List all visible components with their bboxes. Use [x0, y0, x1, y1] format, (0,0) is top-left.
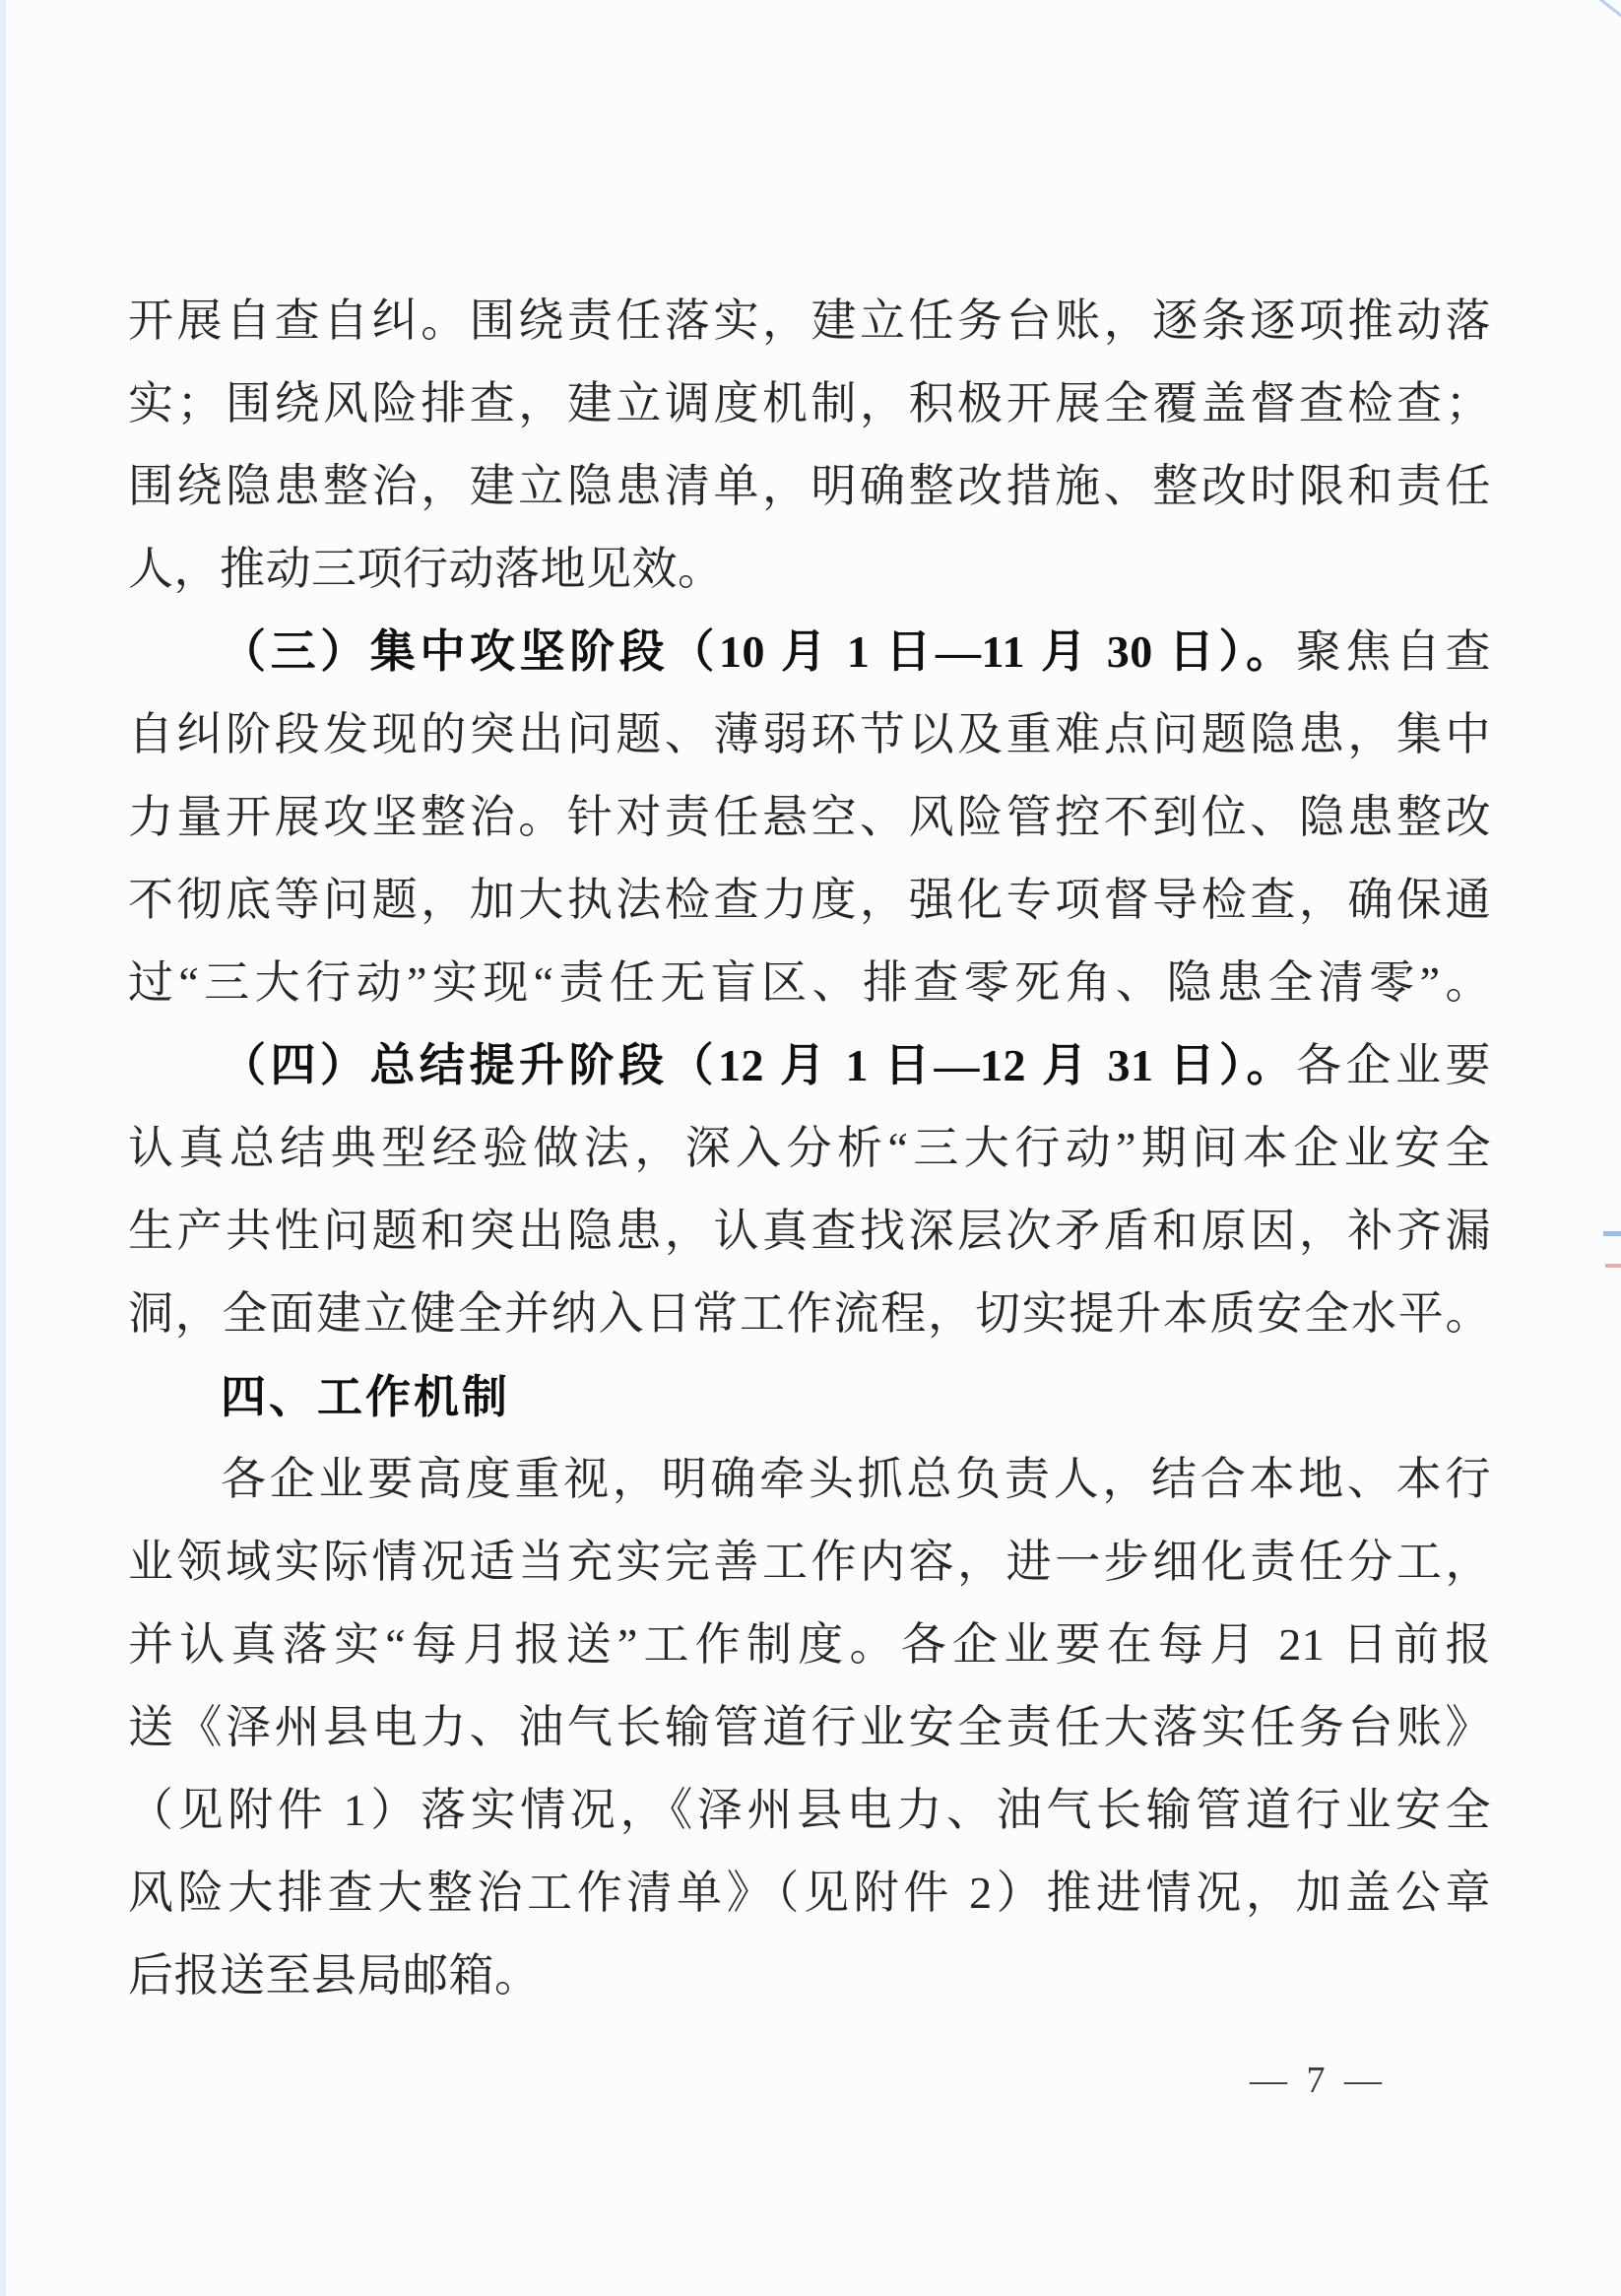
text-line: 后报送至县局邮箱。 — [128, 1935, 1491, 2017]
document-body-text: 开展自查自纠。围绕责任落实，建立任务台账，逐条逐项推动落实；围绕风险排查，建立调… — [128, 280, 1491, 2017]
document-page: 开展自查自纠。围绕责任落实，建立任务台账，逐条逐项推动落实；围绕风险排查，建立调… — [0, 0, 1621, 2296]
text-segment: 实；围绕风险排查，建立调度机制，积极开展全覆盖督查检查； — [128, 378, 1491, 428]
text-segment: 风险大排查大整治工作清单》（见附件 2）推进情况，加盖公章 — [128, 1868, 1491, 1918]
bold-text-segment: （三）集中攻坚阶段（10 月 1 日—11 月 30 日）。 — [221, 626, 1296, 677]
text-line: 洞，全面建立健全并纳入日常工作流程，切实提升本质安全水平。 — [128, 1273, 1491, 1355]
text-line: 各企业要高度重视，明确牵头抓总负责人，结合本地、本行 — [128, 1438, 1491, 1521]
text-segment: 认真总结典型经验做法，深入分析“三大行动”期间本企业安全 — [128, 1123, 1491, 1173]
text-segment: 并认真落实“每月报送”工作制度。各企业要在每月 21 日前报 — [128, 1619, 1491, 1670]
text-line: 开展自查自纠。围绕责任落实，建立任务台账，逐条逐项推动落 — [128, 280, 1491, 362]
text-segment: 洞，全面建立健全并纳入日常工作流程，切实提升本质安全水平。 — [128, 1288, 1491, 1339]
text-line: 业领域实际情况适当充实完善工作内容，进一步细化责任分工， — [128, 1521, 1491, 1604]
text-line: （三）集中攻坚阶段（10 月 1 日—11 月 30 日）。聚焦自查 — [128, 611, 1491, 693]
scan-artifact-red-dash — [1605, 1264, 1621, 1268]
text-segment: 送《泽州县电力、油气长输管道行业安全责任大落实任务台账》 — [128, 1702, 1491, 1752]
text-segment: 后报送至县局邮箱。 — [128, 1950, 541, 2001]
text-segment: 开展自查自纠。围绕责任落实，建立任务台账，逐条逐项推动落 — [128, 295, 1491, 346]
text-line: 送《泽州县电力、油气长输管道行业安全责任大落实任务台账》 — [128, 1686, 1491, 1769]
scan-artifact-diagonal-line — [1591, 0, 1621, 86]
text-segment: 聚焦自查 — [1296, 626, 1491, 677]
text-segment: 人，推动三项行动落地见效。 — [128, 544, 724, 594]
text-line: （四）总结提升阶段（12 月 1 日—12 月 31 日）。各企业要 — [128, 1024, 1491, 1107]
text-segment: （见附件 1）落实情况，《泽州县电力、油气长输管道行业安全 — [128, 1785, 1491, 1835]
text-segment: 各企业要高度重视，明确牵头抓总负责人，结合本地、本行 — [221, 1454, 1491, 1504]
bold-text-segment: （四）总结提升阶段（12 月 1 日—12 月 31 日）。 — [221, 1040, 1296, 1090]
text-line: 围绕隐患整治，建立隐患清单，明确整改措施、整改时限和责任 — [128, 445, 1491, 528]
text-segment: 力量开展攻坚整治。针对责任悬空、风险管控不到位、隐患整改 — [128, 792, 1491, 842]
text-line: 自纠阶段发现的突出问题、薄弱环节以及重难点问题隐患，集中 — [128, 693, 1491, 776]
text-segment: 业领域实际情况适当充实完善工作内容，进一步细化责任分工， — [128, 1537, 1491, 1587]
text-line: 力量开展攻坚整治。针对责任悬空、风险管控不到位、隐患整改 — [128, 776, 1491, 859]
text-segment: 各企业要 — [1296, 1040, 1491, 1090]
text-segment: 不彻底等问题，加大执法检查力度，强化专项督导检查，确保通 — [128, 875, 1491, 925]
text-line: 过“三大行动”实现“责任无盲区、排查零死角、隐患全清零”。 — [128, 942, 1491, 1024]
text-segment: 围绕隐患整治，建立隐患清单，明确整改措施、整改时限和责任 — [128, 461, 1491, 511]
text-line: 并认真落实“每月报送”工作制度。各企业要在每月 21 日前报 — [128, 1604, 1491, 1686]
text-line: 实；围绕风险排查，建立调度机制，积极开展全覆盖督查检查； — [128, 362, 1491, 445]
text-segment: 自纠阶段发现的突出问题、薄弱环节以及重难点问题隐患，集中 — [128, 709, 1491, 759]
scan-artifact-left-edge-strip — [0, 0, 6, 2296]
text-line: 人，推动三项行动落地见效。 — [128, 528, 1491, 611]
scan-artifact-blue-dash — [1603, 1231, 1621, 1236]
page-number: — 7 — — [1250, 2059, 1387, 2102]
text-line: （见附件 1）落实情况，《泽州县电力、油气长输管道行业安全 — [128, 1769, 1491, 1852]
text-segment: 生产共性问题和突出隐患，认真查找深层次矛盾和原因，补齐漏 — [128, 1206, 1491, 1256]
text-line: 认真总结典型经验做法，深入分析“三大行动”期间本企业安全 — [128, 1107, 1491, 1190]
text-line: 不彻底等问题，加大执法检查力度，强化专项督导检查，确保通 — [128, 859, 1491, 942]
text-line: 生产共性问题和突出隐患，认真查找深层次矛盾和原因，补齐漏 — [128, 1190, 1491, 1273]
text-segment: 过“三大行动”实现“责任无盲区、排查零死角、隐患全清零”。 — [128, 957, 1491, 1008]
text-line: 风险大排查大整治工作清单》（见附件 2）推进情况，加盖公章 — [128, 1852, 1491, 1935]
section-heading-line: 四、工作机制 — [128, 1355, 1491, 1438]
bold-text-segment: 四、工作机制 — [221, 1371, 510, 1422]
